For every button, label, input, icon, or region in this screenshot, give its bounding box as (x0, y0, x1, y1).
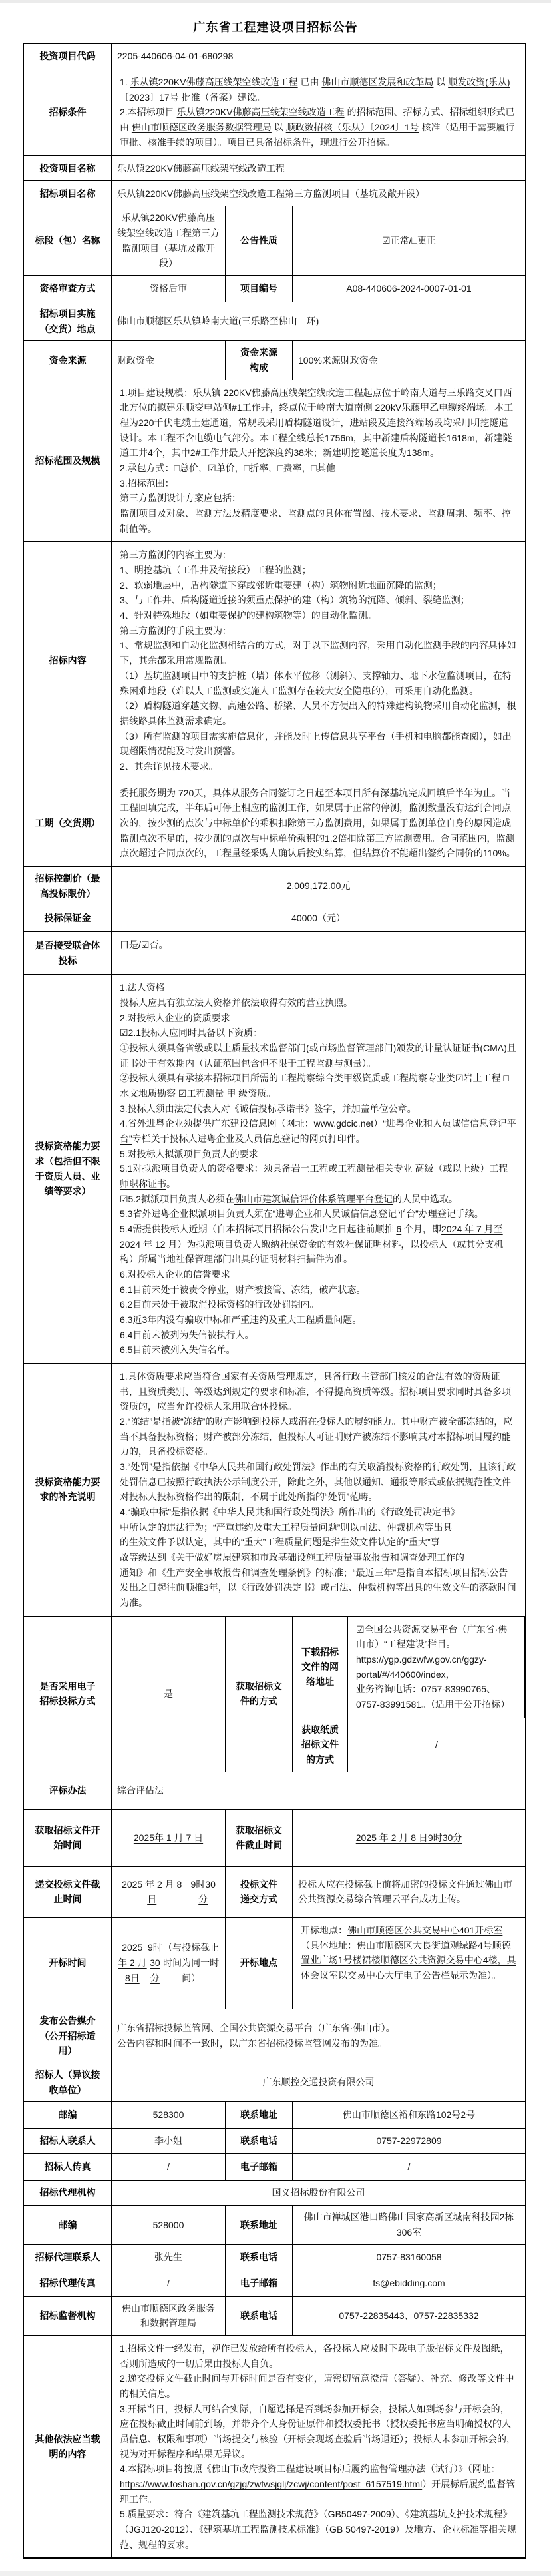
row-tender-name: 招标项目名称 乐从镇220KV佛藤高压线架空线改造工程第三方监测项目（基坑及敞开… (24, 181, 525, 206)
section-value: 乐从镇220KV佛藤高压线架空线改造工程第三方监测项目（基坑及敞开段） (112, 206, 226, 275)
top-page-strip (0, 0, 551, 3)
agency-contact-value: 张先生 (112, 2245, 226, 2270)
price-cap-label: 招标控制价（最高投标限价） (24, 867, 112, 905)
evaluation-label: 评标办法 (24, 1772, 112, 1809)
row-tenderer-postcode: 邮编 528300 联系地址 佛山市顺德区裕和东路102号2号 (24, 2102, 525, 2129)
joint-venture-label: 是否接受联合体投标 (24, 932, 112, 974)
tenderer-postcode-value: 528300 (112, 2102, 226, 2128)
row-submit-deadline: 递交投标文件截止时间 2025 年 2 月 8 日9时30分 投标文件递交方式 … (24, 1867, 525, 1918)
download-address-label: 下载招标文件的网络地址 (293, 1617, 348, 1718)
submit-deadline-label: 递交投标文件截止时间 (24, 1867, 112, 1917)
other-label: 其他依法应当载明的内容 (24, 2336, 112, 2557)
scope-value: 1.项目建设规模：乐从镇 220KV佛藤高压线架空线改造工程起点位于岭南大道与三… (112, 380, 525, 542)
agency-address-label: 联系地址 (226, 2206, 293, 2244)
evaluation-value: 综合评估法 (112, 1772, 525, 1809)
tenderer-contact-label: 招标人联系人 (24, 2129, 112, 2153)
tenderer-value: 广东顺控交通投资有限公司 (112, 2063, 525, 2101)
row-agency-contact: 招标代理联系人 张先生 联系电话 0757-83160058 (24, 2245, 525, 2270)
bottom-page-divider (0, 2571, 551, 2576)
agency-postcode-value: 528000 (112, 2206, 226, 2244)
agency-label: 招标代理机构 (24, 2181, 112, 2205)
qualification-req-label: 投标资格能力要求（包括但不限于资质人员、业绩等要求） (24, 975, 112, 1363)
funds-structure-label: 资金来源构成 (226, 341, 293, 379)
electronic-bidding-label: 是否采用电子招标投标方式 (24, 1617, 112, 1772)
row-qualification-req: 投标资格能力要求（包括但不限于资质人员、业绩等要求） 1.法人资格投标人应具有独… (24, 975, 525, 1364)
page-title: 广东省工程建设项目招标公告 (0, 18, 551, 35)
agency-phone-label: 联系电话 (226, 2245, 293, 2270)
agency-email-label: 电子邮箱 (226, 2270, 293, 2296)
tenderer-postcode-label: 邮编 (24, 2102, 112, 2128)
agency-email-value: fs@ebidding.com (293, 2270, 525, 2296)
location-label: 招标项目实施（交货）地点 (24, 302, 112, 340)
funds-value: 财政资金 (112, 341, 226, 379)
row-project-code: 投资项目代码 2205-440606-04-01-680298 (24, 44, 525, 69)
doc-deadline-value: 2025 年 2 月 8 日9时30分 (293, 1810, 525, 1866)
tenderer-email-value: / (293, 2154, 525, 2180)
project-code-label: 投资项目代码 (24, 44, 112, 69)
row-tenderer: 招标人（异议接收单位） 广东顺控交通投资有限公司 (24, 2063, 525, 2102)
project-code-value: 2205-440606-04-01-680298 (112, 44, 525, 69)
supervisor-phone-label: 联系电话 (226, 2297, 293, 2335)
doc-start-time-label: 获取招标文件开始时间 (24, 1810, 112, 1866)
agency-phone-value: 0757-83160058 (293, 2245, 525, 2270)
agency-address-value: 佛山市禅城区港口路佛山国家高新区城南科技园2栋306室 (293, 2206, 525, 2244)
qualification-supp-value: 1.具体资质要求应当符合国家有关资质管理规定，具备行政主管部门核发的合法有效的资… (112, 1364, 525, 1616)
agency-fax-value: / (112, 2270, 226, 2296)
row-duration: 工期（交货期） 委托服务期为 720天，具体从服务合同签订之日起至本项目所有深基… (24, 780, 525, 867)
tenderer-phone-value: 0757-22972809 (293, 2129, 525, 2153)
tender-announcement-page: 广东省工程建设项目招标公告 投资项目代码 2205-440606-04-01-6… (0, 0, 551, 2576)
row-agency-fax: 招标代理传真 / 电子邮箱 fs@ebidding.com (24, 2270, 525, 2297)
doc-start-time-value: 2025年 1 月 7 日 (112, 1810, 226, 1866)
qualification-method-value: 资格后审 (112, 276, 226, 302)
invest-name-value: 乐从镇220KV佛藤高压线架空线改造工程 (112, 156, 525, 180)
row-content: 招标内容 第三方监测的内容主要为：1、明挖基坑（工作井及衔接段）工程的监测；2、… (24, 542, 525, 780)
row-supervisor: 招标监督机构 佛山市顺德区政务服务和数据管理局 联系电话 0757-228354… (24, 2297, 525, 2336)
qualification-supp-label: 投标资格能力要求的补充说明 (24, 1364, 112, 1616)
media-value: 广东省招标投标监管网、全国公共资源交易平台（广东省·佛山市）。公告内容和时间不一… (112, 2009, 525, 2063)
download-address-value: ☑全国公共资源交易平台（广东省·佛山市）“工程建设”栏目。https://ygp… (348, 1617, 525, 1718)
deposit-value: 40000（元） (112, 905, 525, 931)
paper-docs-label: 获取纸质招标文件的方式 (293, 1718, 348, 1772)
tender-name-label: 招标项目名称 (24, 181, 112, 206)
duration-label: 工期（交货期） (24, 780, 112, 866)
tenderer-fax-value: / (112, 2154, 226, 2180)
conditions-value: 1. 乐从镇220KV佛藤高压线架空线改造工程 已由 佛山市顺德区发展和改革局 … (112, 69, 525, 155)
agency-fax-label: 招标代理传真 (24, 2270, 112, 2296)
qualification-req-value: 1.法人资格投标人应具有独立法人资格并依法取得有效的营业执照。2.对投标人企业的… (112, 975, 525, 1363)
price-cap-value: 2,009,172.00元 (112, 867, 525, 905)
opening-place-label: 开标地点 (226, 1918, 293, 2009)
tenderer-address-value: 佛山市顺德区裕和东路102号2号 (293, 2102, 525, 2128)
row-tenderer-contact: 招标人联系人 李小姐 联系电话 0757-22972809 (24, 2129, 525, 2154)
content-value: 第三方监测的内容主要为：1、明挖基坑（工作井及衔接段）工程的监测；2、软弱地层中… (112, 542, 525, 779)
submit-deadline-value: 2025 年 2 月 8 日9时30分 (112, 1867, 226, 1917)
opening-place-value: 开标地点：佛山市顺德区公共交易中心401开标室（具体地址：佛山市顺德区大良街道观… (293, 1918, 525, 2009)
row-electronic-bidding: 是否采用电子招标投标方式 是 获取招标文件的方式 下载招标文件的网络地址 ☑全国… (24, 1617, 525, 1772)
supervisor-phone-value: 0757-22835443、0757-22835332 (293, 2297, 525, 2335)
announcement-table: 投资项目代码 2205-440606-04-01-680298 招标条件 1. … (23, 43, 526, 2559)
tenderer-fax-label: 招标人传真 (24, 2154, 112, 2180)
notice-nature-label: 公告性质 (226, 206, 293, 275)
qualification-method-label: 资格审查方式 (24, 276, 112, 302)
agency-value: 国义招标股份有限公司 (112, 2181, 525, 2205)
electronic-bidding-value: 是 (112, 1617, 226, 1772)
tenderer-address-label: 联系地址 (226, 2102, 293, 2128)
tenderer-email-label: 电子邮箱 (226, 2154, 293, 2180)
row-scope: 招标范围及规模 1.项目建设规模：乐从镇 220KV佛藤高压线架空线改造工程起点… (24, 380, 525, 543)
row-opening: 开标时间 2025 年 2 月 8日9时30分（与投标截止时间为同一时间） 开标… (24, 1918, 525, 2009)
tenderer-phone-label: 联系电话 (226, 2129, 293, 2153)
row-other: 其他依法应当载明的内容 1.招标文件一经发布，视作已发放给所有投标人，各投标人应… (24, 2336, 525, 2557)
tender-name-value: 乐从镇220KV佛藤高压线架空线改造工程第三方监测项目（基坑及敞开段） (112, 181, 525, 206)
row-doc-time: 获取招标文件开始时间 2025年 1 月 7 日 获取招标文件截止时间 2025… (24, 1810, 525, 1867)
row-deposit: 投标保证金 40000（元） (24, 905, 525, 932)
row-funds: 资金来源 财政资金 资金来源构成 100%来源财政资金 (24, 341, 525, 380)
paper-docs-value: / (348, 1718, 525, 1772)
other-value: 1.招标文件一经发布，视作已发放给所有投标人，各投标人应及时下载电子版招标文件及… (112, 2336, 525, 2557)
scope-label: 招标范围及规模 (24, 380, 112, 542)
row-tenderer-fax: 招标人传真 / 电子邮箱 / (24, 2154, 525, 2181)
submit-method-value: 投标人应在投标截止前将加密的投标文件通过佛山市公共资源交易综合管理云平台成功上传… (293, 1867, 525, 1917)
row-price-cap: 招标控制价（最高投标限价） 2,009,172.00元 (24, 867, 525, 905)
row-evaluation: 评标办法 综合评估法 (24, 1772, 525, 1810)
tenderer-label: 招标人（异议接收单位） (24, 2063, 112, 2101)
duration-value: 委托服务期为 720天，具体从服务合同签订之日起至本项目所有深基坑完成回填后半年… (112, 780, 525, 866)
row-section: 标段（包）名称 乐从镇220KV佛藤高压线架空线改造工程第三方监测项目（基坑及敞… (24, 206, 525, 276)
row-agency: 招标代理机构 国义招标股份有限公司 (24, 2181, 525, 2206)
agency-postcode-label: 邮编 (24, 2206, 112, 2244)
get-docs-method-label: 获取招标文件的方式 (226, 1617, 293, 1772)
section-label: 标段（包）名称 (24, 206, 112, 275)
invest-name-label: 投资项目名称 (24, 156, 112, 180)
tenderer-contact-value: 李小姐 (112, 2129, 226, 2153)
joint-venture-value: 口是/☑否。 (112, 932, 525, 974)
row-conditions: 招标条件 1. 乐从镇220KV佛藤高压线架空线改造工程 已由 佛山市顺德区发展… (24, 69, 525, 156)
row-qualification-supp: 投标资格能力要求的补充说明 1.具体资质要求应当符合国家有关资质管理规定，具备行… (24, 1364, 525, 1617)
project-number-label: 项目编号 (226, 276, 293, 302)
row-agency-postcode: 邮编 528000 联系地址 佛山市禅城区港口路佛山国家高新区城南科技园2栋30… (24, 2206, 525, 2244)
project-number-value: A08-440606-2024-0007-01-01 (293, 276, 525, 302)
media-label: 发布公告媒介（公开招标适用） (24, 2009, 112, 2063)
row-qualification-method: 资格审查方式 资格后审 项目编号 A08-440606-2024-0007-01… (24, 276, 525, 302)
row-invest-name: 投资项目名称 乐从镇220KV佛藤高压线架空线改造工程 (24, 156, 525, 181)
conditions-label: 招标条件 (24, 69, 112, 155)
funds-structure-value: 100%来源财政资金 (293, 341, 525, 379)
notice-nature-value: ☑正常/□更正 (293, 206, 525, 275)
supervisor-label: 招标监督机构 (24, 2297, 112, 2335)
agency-contact-label: 招标代理联系人 (24, 2245, 112, 2270)
location-value: 佛山市顺德区乐从镇岭南大道(三乐路至佛山一环) (112, 302, 525, 340)
opening-time-label: 开标时间 (24, 1918, 112, 2009)
content-label: 招标内容 (24, 542, 112, 779)
row-location: 招标项目实施（交货）地点 佛山市顺德区乐从镇岭南大道(三乐路至佛山一环) (24, 302, 525, 341)
funds-label: 资金来源 (24, 341, 112, 379)
opening-time-value: 2025 年 2 月 8日9时30分（与投标截止时间为同一时间） (112, 1918, 226, 2009)
row-media: 发布公告媒介（公开招标适用） 广东省招标投标监管网、全国公共资源交易平台（广东省… (24, 2009, 525, 2063)
supervisor-value: 佛山市顺德区政务服务和数据管理局 (112, 2297, 226, 2335)
deposit-label: 投标保证金 (24, 905, 112, 931)
doc-deadline-label: 获取招标文件截止时间 (226, 1810, 293, 1866)
submit-method-label: 投标文件递交方式 (226, 1867, 293, 1917)
row-joint-venture: 是否接受联合体投标 口是/☑否。 (24, 932, 525, 975)
